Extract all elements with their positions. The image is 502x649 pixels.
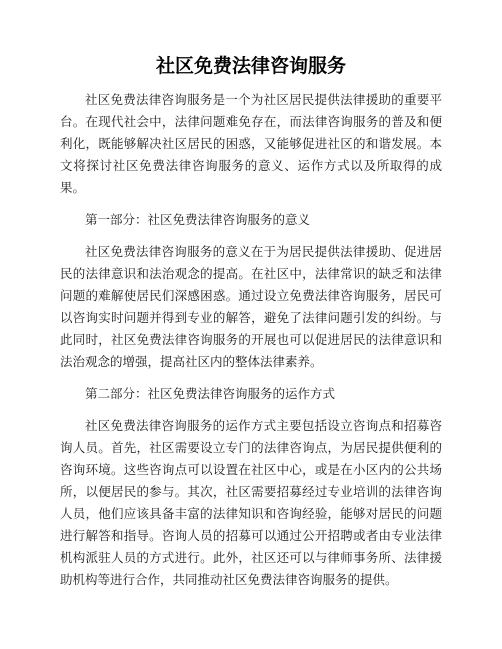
paragraph-intro: 社区免费法律咨询服务是一个为社区居民提供法律援助的重要平台。在现代社会中，法律问… <box>60 89 442 199</box>
section-heading-2: 第二部分：社区免费法律咨询服务的运作方式 <box>60 383 442 405</box>
section-heading-1: 第一部分：社区免费法律咨询服务的意义 <box>60 209 442 231</box>
paragraph-section-1-meaning: 社区免费法律咨询服务的意义在于为居民提供法律援助、促进居民的法律意识和法治观念的… <box>60 241 442 373</box>
document-page: 社区免费法律咨询服务 社区免费法律咨询服务是一个为社区居民提供法律援助的重要平台… <box>0 0 502 649</box>
document-title: 社区免费法律咨询服务 <box>60 52 442 82</box>
paragraph-section-2-operation: 社区免费法律咨询服务的运作方式主要包括设立咨询点和招募咨询人员。首先，社区需要设… <box>60 415 442 591</box>
